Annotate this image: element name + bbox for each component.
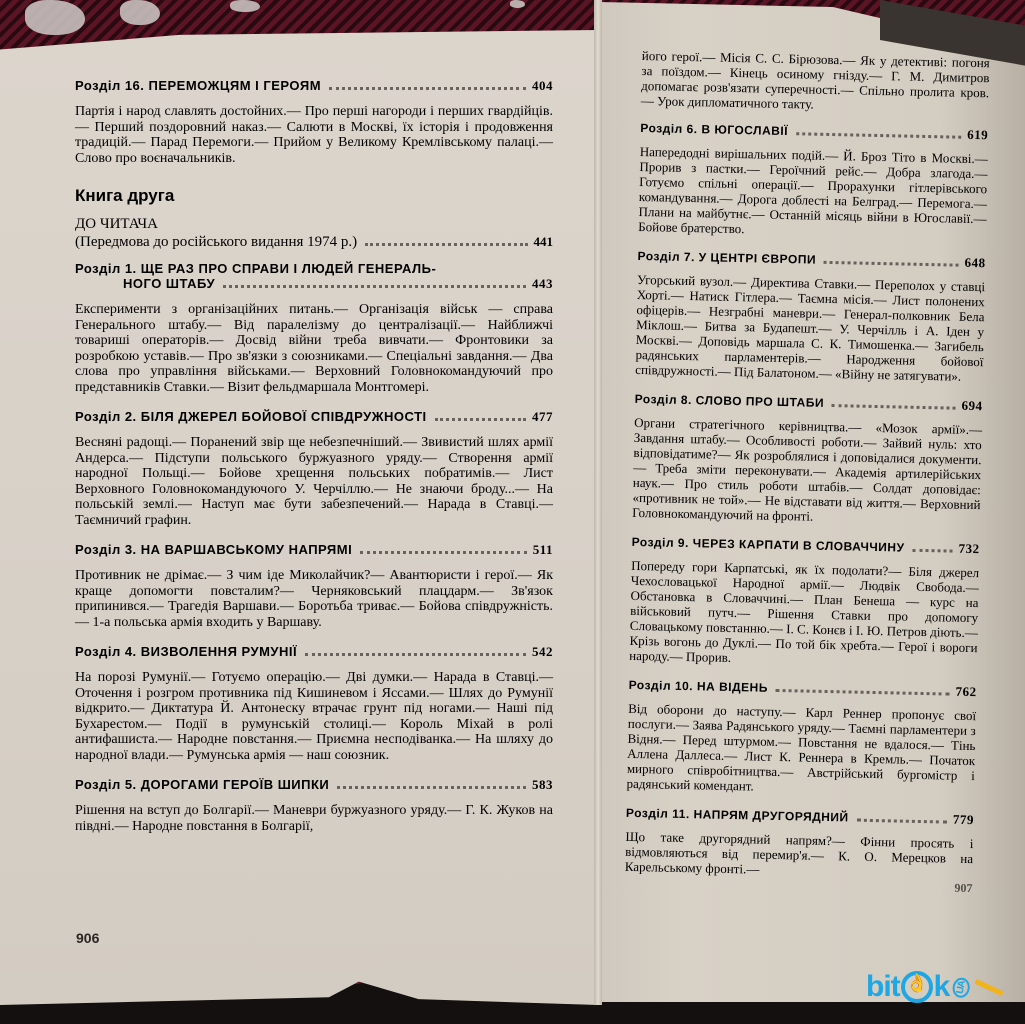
chapter-summary: На порозі Румунії.— Готуємо операцію.— Д… bbox=[75, 670, 553, 763]
book-part-title: Книга друга bbox=[75, 186, 553, 206]
preface-title: ДО ЧИТАЧА bbox=[75, 216, 553, 233]
toc-entry-chapter-7: Розділ 7. У ЦЕНТРІ ЄВРОПИ 648 Угорський … bbox=[635, 248, 986, 384]
toc-entry-chapter-5: Розділ 5. ДОРОГАМИ ГЕРОЇВ ШИПКИ 583 Ріше… bbox=[75, 777, 553, 834]
toc-entry-chapter-2: Розділ 2. БІЛЯ ДЖЕРЕЛ БОЙОВОЇ СПІВДРУЖНО… bbox=[75, 409, 553, 528]
page-number: 583 bbox=[532, 777, 553, 793]
leader-dots bbox=[435, 418, 526, 421]
left-page-contents: Розділ 16. ПЕРЕМОЖЦЯМ І ГЕРОЯМ 404 Парті… bbox=[75, 78, 553, 848]
chapter-summary: Угорський вузол.— Директива Ставки.— Пер… bbox=[635, 272, 985, 384]
logo-text-prefix: bit bbox=[866, 970, 900, 1004]
chapter-title: Розділ 1. ЩЕ РАЗ ПРО СПРАВИ І ЛЮДЕЙ ГЕНЕ… bbox=[75, 261, 436, 276]
chapter-title-continued: НОГО ШТАБУ bbox=[123, 276, 215, 291]
chapter-title: Розділ 8. СЛОВО ПРО ШТАБИ bbox=[635, 392, 825, 410]
leader-dots bbox=[796, 132, 961, 138]
chapter-summary: Що таке другорядний напрям?— Фінни прося… bbox=[625, 829, 974, 881]
chapter-title: Розділ 5. ДОРОГАМИ ГЕРОЇВ ШИПКИ bbox=[75, 777, 329, 792]
gavel-icon bbox=[974, 978, 1003, 995]
page-number: 477 bbox=[532, 409, 553, 425]
preface-subtitle: (Передмова до російського видання 1974 р… bbox=[75, 234, 357, 251]
leader-dots bbox=[776, 689, 950, 696]
leader-dots bbox=[365, 243, 527, 246]
leader-dots bbox=[912, 549, 952, 553]
page-number: 404 bbox=[532, 78, 553, 94]
chapter-title: Розділ 2. БІЛЯ ДЖЕРЕЛ БОЙОВОЇ СПІВДРУЖНО… bbox=[75, 409, 427, 424]
toc-entry-chapter-4: Розділ 4. ВИЗВОЛЕННЯ РУМУНІЇ 542 На поро… bbox=[75, 644, 553, 763]
leader-dots bbox=[360, 551, 527, 554]
chapter-summary-continued: його герої.— Місія С. С. Бірюзова.— Як у… bbox=[641, 48, 990, 115]
leader-dots bbox=[223, 285, 526, 288]
page-folio: 906 bbox=[76, 930, 99, 946]
toc-entry-chapter-3: Розділ 3. НА ВАРШАВСЬКОМУ НАПРЯМІ 511 Пр… bbox=[75, 542, 553, 630]
leader-dots bbox=[857, 819, 947, 824]
chapter-title: Розділ 11. НАПРЯМ ДРУГОРЯДНИЙ bbox=[626, 806, 849, 825]
chapter-title: Розділ 9. ЧЕРЕЗ КАРПАТИ В СЛОВАЧЧИНУ bbox=[632, 535, 905, 555]
chapter-title: Розділ 3. НА ВАРШАВСЬКОМУ НАПРЯМІ bbox=[75, 542, 352, 557]
right-page-contents: його герої.— Місія С. С. Бірюзова.— Як у… bbox=[624, 48, 990, 910]
chapter-summary: Органи стратегічного керівництва.— «Мозо… bbox=[632, 415, 982, 527]
chapter-summary: Весняні радощі.— Поранений звір ще небез… bbox=[75, 435, 553, 528]
page-number: 542 bbox=[532, 644, 553, 660]
page-number: 441 bbox=[534, 233, 554, 250]
toc-entry-preface: ДО ЧИТАЧА (Передмова до російського вида… bbox=[75, 216, 553, 251]
chapter-title: Розділ 6. В ЮГОСЛАВІЇ bbox=[640, 121, 788, 138]
leader-dots bbox=[337, 786, 526, 789]
chapter-summary: Противник не дрімає.— З чим іде Миколайч… bbox=[75, 568, 553, 630]
watermark-logo: bit k UA bbox=[866, 970, 1004, 1004]
toc-entry-chapter-10: Розділ 10. НА ВІДЕНЬ 762 Від оборони до … bbox=[626, 677, 976, 798]
chapter-summary: Рішення на вступ до Болгарії.— Маневри б… bbox=[75, 803, 553, 834]
cloth-pattern bbox=[510, 0, 525, 8]
page-number: 619 bbox=[967, 127, 988, 143]
toc-entry-chapter-1: Розділ 1. ЩЕ РАЗ ПРО СПРАВИ І ЛЮДЕЙ ГЕНЕ… bbox=[75, 261, 553, 395]
logo-text-suffix: k bbox=[934, 970, 950, 1004]
cloth-pattern bbox=[25, 0, 85, 35]
cloth-pattern bbox=[120, 0, 160, 25]
ua-badge: UA bbox=[951, 975, 971, 998]
toc-entry-chapter-11: Розділ 11. НАПРЯМ ДРУГОРЯДНИЙ 779 Що так… bbox=[624, 805, 974, 896]
toc-entry-chapter-8: Розділ 8. СЛОВО ПРО ШТАБИ 694 Органи стр… bbox=[632, 391, 983, 527]
page-number: 762 bbox=[955, 684, 976, 700]
page-number: 511 bbox=[533, 542, 553, 558]
chapter-title: Розділ 16. ПЕРЕМОЖЦЯМ І ГЕРОЯМ bbox=[75, 78, 321, 93]
chapter-summary: Напередодні вирішальних подій.— Й. Броз … bbox=[638, 144, 988, 241]
leader-dots bbox=[329, 87, 526, 90]
page-number: 732 bbox=[958, 541, 979, 557]
page-number: 443 bbox=[532, 276, 553, 292]
chapter-title: Розділ 4. ВИЗВОЛЕННЯ РУМУНІЇ bbox=[75, 644, 297, 659]
toc-entry-chapter-6: Розділ 6. В ЮГОСЛАВІЇ 619 Напередодні ви… bbox=[638, 120, 988, 241]
leader-dots bbox=[824, 261, 959, 267]
ok-hand-icon bbox=[901, 971, 933, 1003]
page-number: 648 bbox=[964, 255, 985, 271]
chapter-summary: Партія і народ славлять достойних.— Про … bbox=[75, 104, 553, 166]
chapter-summary: Експерименти з організаційних питань.— О… bbox=[75, 302, 553, 395]
toc-entry-chapter-9: Розділ 9. ЧЕРЕЗ КАРПАТИ В СЛОВАЧЧИНУ 732… bbox=[629, 534, 980, 670]
chapter-title: Розділ 10. НА ВІДЕНЬ bbox=[629, 678, 769, 695]
cloth-pattern bbox=[230, 0, 260, 12]
chapter-summary: Від оборони до наступу.— Карл Реннер про… bbox=[626, 701, 976, 798]
leader-dots bbox=[832, 404, 956, 410]
toc-entry-chapter-16: Розділ 16. ПЕРЕМОЖЦЯМ І ГЕРОЯМ 404 Парті… bbox=[75, 78, 553, 166]
leader-dots bbox=[305, 653, 526, 656]
chapter-summary: Попереду гори Карпатські, як їх подолати… bbox=[629, 558, 979, 670]
chapter-title: Розділ 7. У ЦЕНТРІ ЄВРОПИ bbox=[637, 249, 816, 267]
page-number: 779 bbox=[953, 812, 974, 828]
book-gutter bbox=[594, 0, 602, 1005]
page-number: 694 bbox=[961, 398, 982, 414]
